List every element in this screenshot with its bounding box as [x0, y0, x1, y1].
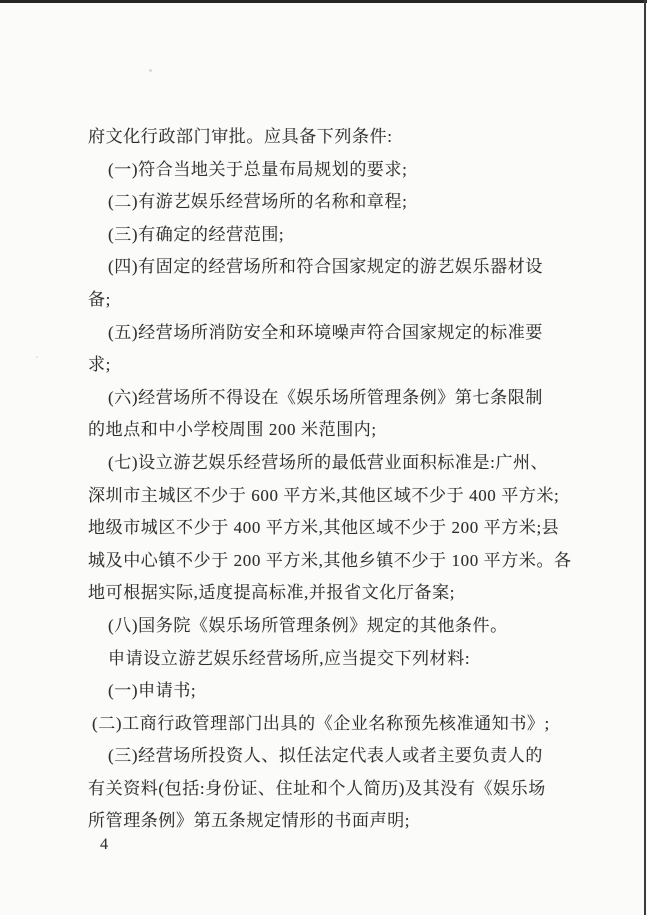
- text-line: (八)国务院《娱乐场所管理条例》规定的其他条件。: [88, 610, 600, 643]
- scan-edge-top: [0, 0, 647, 3]
- text-line: 的地点和中小学校周围 200 米范围内;: [88, 414, 600, 447]
- text-line: 地可根据实际,适度提高标准,并报省文化厅备案;: [88, 577, 600, 610]
- text-line: (二)有游艺娱乐经营场所的名称和章程;: [88, 186, 600, 219]
- text-line: (四)有固定的经营场所和符合国家规定的游艺娱乐器材设: [88, 251, 600, 284]
- scanned-document-page: 府文化行政部门审批。应具备下列条件:(一)符合当地关于总量布局规划的要求;(二)…: [0, 0, 647, 915]
- text-line: (七)设立游艺娱乐经营场所的最低营业面积标准是:广州、: [88, 447, 600, 480]
- scan-speck: [36, 356, 38, 358]
- text-line: (六)经营场所不得设在《娱乐场所管理条例》第七条限制: [88, 382, 600, 415]
- text-line: (一)申请书;: [88, 675, 600, 708]
- text-line: (三)有确定的经营范围;: [88, 219, 600, 252]
- text-line: 申请设立游艺娱乐经营场所,应当提交下列材料:: [88, 643, 600, 676]
- document-body: 府文化行政部门审批。应具备下列条件:(一)符合当地关于总量布局规划的要求;(二)…: [88, 121, 600, 838]
- text-line: 有关资料(包括:身份证、住址和个人简历)及其没有《娱乐场: [88, 773, 600, 806]
- text-line: (五)经营场所消防安全和环境噪声符合国家规定的标准要: [88, 317, 600, 350]
- text-line: (二)工商行政管理部门出具的《企业名称预先核准通知书》;: [88, 708, 600, 741]
- text-line: 备;: [88, 284, 600, 317]
- text-line: 府文化行政部门审批。应具备下列条件:: [88, 121, 600, 154]
- text-line: 深圳市主城区不少于 600 平方米,其他区域不少于 400 平方米;: [88, 480, 600, 513]
- text-line: 所管理条例》第五条规定情形的书面声明;: [88, 805, 600, 838]
- text-line: (三)经营场所投资人、拟任法定代表人或者主要负责人的: [88, 740, 600, 773]
- scan-edge-right: [644, 0, 646, 915]
- page-number: 4: [100, 834, 108, 856]
- scan-speck: [149, 69, 152, 72]
- text-line: (一)符合当地关于总量布局规划的要求;: [88, 154, 600, 187]
- text-line: 城及中心镇不少于 200 平方米,其他乡镇不少于 100 平方米。各: [88, 545, 600, 578]
- text-line: 求;: [88, 349, 600, 382]
- text-line: 地级市城区不少于 400 平方米,其他区域不少于 200 平方米;县: [88, 512, 600, 545]
